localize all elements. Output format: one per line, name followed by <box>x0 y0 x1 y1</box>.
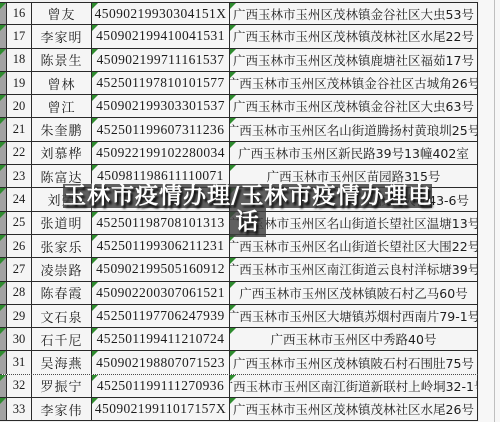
table-row: 19曾林452501197810101577广西玉林市玉州区茂林镇金谷社区古城角… <box>0 72 478 95</box>
table-row: 17李家明450902199410041531广西玉林市玉州区茂林镇茂林社区水尾… <box>0 25 478 48</box>
error-triangle-icon <box>230 3 236 9</box>
error-triangle-icon <box>230 165 236 171</box>
error-triangle-icon <box>0 375 6 381</box>
row-margin-strip <box>0 188 7 210</box>
address-cell[interactable]: 广西玉林市玉州区茂林镇茂林社区水尾26号 <box>230 398 478 420</box>
row-number-cell[interactable]: 26 <box>7 235 32 257</box>
id-number-cell[interactable]: 450902199505160912 <box>92 258 230 280</box>
name-cell[interactable]: 张家乐 <box>32 235 92 257</box>
address-cell[interactable]: 广西玉林市玉州区茂林镇金谷社区大虫53号 <box>230 3 478 24</box>
id-number-cell[interactable] <box>92 188 230 210</box>
name-cell[interactable]: 刘慕桦 <box>32 142 92 164</box>
row-margin-strip <box>0 258 7 280</box>
error-triangle-icon <box>230 375 236 381</box>
error-triangle-icon <box>230 235 236 241</box>
id-number-cell[interactable]: 450902198807071523 <box>92 351 230 373</box>
row-number-cell[interactable]: 30 <box>7 328 32 350</box>
table-row: 26张家乐452501199306211231广西玉林市玉州区名山街道长望社区大… <box>0 235 478 258</box>
address-cell[interactable]: 广西玉林市玉州区苗园路315号 <box>230 165 478 187</box>
row-number-cell[interactable]: 17 <box>7 25 32 47</box>
table-row: 30石千尼452501199411210724广西玉林市玉州区中秀路40号 <box>0 328 478 351</box>
error-triangle-icon <box>0 25 6 31</box>
error-triangle-icon <box>0 165 6 171</box>
table-row: 21朱奎鹏452501199607311236广西玉林市玉州区名山街道腾扬村黄琅… <box>0 118 478 141</box>
id-number-cell[interactable]: 452501198708101313 <box>92 212 230 234</box>
table-row: 22刘慕桦450922199102280034广西玉林市玉州区新民路39号13幢… <box>0 142 478 165</box>
error-triangle-icon <box>0 258 6 264</box>
address-cell[interactable]: 广西玉林市玉州区大塘镇苏烟村西南片79-1号 <box>230 305 478 327</box>
error-triangle-icon <box>92 118 98 124</box>
id-number-cell[interactable]: 452501199607311236 <box>92 118 230 140</box>
id-number-cell[interactable]: 452501199306211231 <box>92 235 230 257</box>
address-cell[interactable]: 广西玉林市玉州区茂林镇陂石村乙马60号 <box>230 282 478 304</box>
row-margin-strip <box>0 375 7 397</box>
error-triangle-icon <box>230 258 236 264</box>
name-cell[interactable]: 张道明 <box>32 212 92 234</box>
error-triangle-icon <box>0 235 6 241</box>
name-cell[interactable]: 陈春霞 <box>32 282 92 304</box>
address-cell[interactable]: 广西玉林市玉州区茂林镇陂石村石围肚75号 <box>230 351 478 373</box>
spreadsheet-table: 16曾友45090219930304151X广西玉林市玉州区茂林镇金谷社区大虫5… <box>0 2 478 421</box>
error-triangle-icon <box>230 398 236 404</box>
error-triangle-icon <box>0 212 6 218</box>
name-cell[interactable]: 陈景生 <box>32 49 92 71</box>
error-triangle-icon <box>230 118 236 124</box>
row-margin-strip <box>0 305 7 327</box>
table-row: 16曾友45090219930304151X广西玉林市玉州区茂林镇金谷社区大虫5… <box>0 2 478 25</box>
row-number-cell[interactable]: 33 <box>7 398 32 420</box>
error-triangle-icon <box>230 328 236 334</box>
row-number-cell[interactable]: 25 <box>7 212 32 234</box>
row-margin-strip <box>0 165 7 187</box>
table-row: 27凌崇路450902199505160912广西玉林市玉州区南江街道云良村洋标… <box>0 258 478 281</box>
error-triangle-icon <box>230 95 236 101</box>
id-number-cell[interactable]: 452501199111270936 <box>92 375 230 397</box>
name-cell[interactable]: 朱奎鹏 <box>32 118 92 140</box>
error-triangle-icon <box>0 398 6 404</box>
row-number-cell[interactable]: 22 <box>7 142 32 164</box>
error-triangle-icon <box>92 72 98 78</box>
address-cell[interactable]: 广西玉林市玉州区新民路39号13幢402室 <box>230 142 478 164</box>
table-row: 18陈景生450902199711161537广西玉林市玉州区茂林镇鹿塘社区福茹… <box>0 49 478 72</box>
row-number-cell[interactable]: 16 <box>7 3 32 24</box>
row-number-cell[interactable]: 32 <box>7 375 32 397</box>
row-number-cell[interactable]: 31 <box>7 351 32 373</box>
table-row: 33李家伟45090219911017157X广西玉林市玉州区茂林镇茂林社区水尾… <box>0 398 478 421</box>
address-cell[interactable]: 广西玉林市玉州区茂林镇金谷社区大虫63号 <box>230 95 478 117</box>
address-cell[interactable]: 广西玉林市玉州区中秀路40号 <box>230 328 478 350</box>
row-margin-strip <box>0 95 7 117</box>
table-row: 32罗振宁452501199111270936广西玉林市玉州区南江街道新联村上岭… <box>0 375 478 398</box>
address-cell[interactable]: 广西玉林市玉州区茂林镇茂林社区水尾22号 <box>230 25 478 47</box>
error-triangle-icon <box>92 282 98 288</box>
right-gutter <box>479 0 500 422</box>
address-cell[interactable]: 广西玉林市玉州区名山街道长望社区温塘13号 <box>230 212 478 234</box>
row-margin-strip <box>0 3 7 24</box>
gutter-gridline <box>494 0 495 422</box>
row-margin-strip <box>0 25 7 47</box>
row-number-cell[interactable]: 18 <box>7 49 32 71</box>
name-cell[interactable]: 刘荣 <box>32 188 92 210</box>
error-triangle-icon <box>0 49 6 55</box>
row-margin-strip <box>0 351 7 373</box>
name-cell[interactable]: 石千尼 <box>32 328 92 350</box>
error-triangle-icon <box>0 142 6 148</box>
row-margin-strip <box>0 398 7 420</box>
address-cell[interactable]: 汉村大社43-6号 <box>230 188 478 210</box>
error-triangle-icon <box>0 3 6 9</box>
id-number-cell[interactable]: 45090219930304151X <box>92 3 230 24</box>
row-margin-strip <box>0 212 7 234</box>
name-cell[interactable]: 陈富达 <box>32 165 92 187</box>
id-number-cell[interactable]: 452501197810101577 <box>92 72 230 94</box>
error-triangle-icon <box>0 118 6 124</box>
address-cell[interactable]: 广西玉林市玉州区名山街道长望社区大围22号 <box>230 235 478 257</box>
error-triangle-icon <box>0 282 6 288</box>
error-triangle-icon <box>230 212 236 218</box>
error-triangle-icon <box>230 25 236 31</box>
id-number-cell[interactable]: 450902199711161537 <box>92 49 230 71</box>
error-triangle-icon <box>0 328 6 334</box>
row-margin-strip <box>0 49 7 71</box>
error-triangle-icon <box>230 72 236 78</box>
name-cell[interactable]: 文石泉 <box>32 305 92 327</box>
table-row: 20曾江450902199303301537广西玉林市玉州区茂林镇金谷社区大虫6… <box>0 95 478 118</box>
name-cell[interactable]: 李家伟 <box>32 398 92 420</box>
name-cell[interactable]: 曾江 <box>32 95 92 117</box>
error-triangle-icon <box>0 351 6 357</box>
error-triangle-icon <box>230 188 236 194</box>
error-triangle-icon <box>0 305 6 311</box>
row-margin-strip <box>0 118 7 140</box>
row-number-cell[interactable]: 28 <box>7 282 32 304</box>
row-margin-strip <box>0 142 7 164</box>
id-number-cell[interactable]: 450902200307061521 <box>92 282 230 304</box>
row-margin-strip <box>0 328 7 350</box>
row-margin-strip <box>0 282 7 304</box>
table-row: 24刘荣汉村大社43-6号 <box>0 188 478 211</box>
error-triangle-icon <box>92 351 98 357</box>
name-cell[interactable]: 曾林 <box>32 72 92 94</box>
id-number-cell[interactable]: 450922199102280034 <box>92 142 230 164</box>
name-cell[interactable]: 罗振宁 <box>32 375 92 397</box>
error-triangle-icon <box>92 49 98 55</box>
row-number-cell[interactable]: 24 <box>7 188 32 210</box>
error-triangle-icon <box>0 95 6 101</box>
row-number-cell[interactable]: 23 <box>7 165 32 187</box>
table-row: 31吴海燕450902198807071523广西玉林市玉州区茂林镇陂石村石围肚… <box>0 351 478 374</box>
error-triangle-icon <box>92 258 98 264</box>
row-margin-strip <box>0 72 7 94</box>
row-number-cell[interactable]: 21 <box>7 118 32 140</box>
error-triangle-icon <box>92 375 98 381</box>
error-triangle-icon <box>230 49 236 55</box>
id-number-cell[interactable]: 450902199303301537 <box>92 95 230 117</box>
address-cell[interactable]: 广西玉林市玉州区南江街道云良村洋标塘39号 <box>230 258 478 280</box>
error-triangle-icon <box>92 142 98 148</box>
error-triangle-icon <box>92 212 98 218</box>
name-cell[interactable]: 李家明 <box>32 25 92 47</box>
row-number-cell[interactable]: 19 <box>7 72 32 94</box>
row-number-cell[interactable]: 20 <box>7 95 32 117</box>
error-triangle-icon <box>92 3 98 9</box>
name-cell[interactable]: 凌崇路 <box>32 258 92 280</box>
error-triangle-icon <box>92 235 98 241</box>
address-cell[interactable]: 广西玉林市玉州区名山街道腾扬村黄琅圳25号 <box>230 118 478 140</box>
id-number-cell[interactable]: 450981198611110071 <box>92 165 230 187</box>
address-cell[interactable]: 广西玉林市玉州区南江街道新联村上岭垌32-1号 <box>230 375 478 397</box>
name-cell[interactable]: 曾友 <box>32 3 92 24</box>
id-number-cell[interactable]: 452501199411210724 <box>92 328 230 350</box>
error-triangle-icon <box>230 351 236 357</box>
address-cell[interactable]: 广西玉林市玉州区茂林镇鹿塘社区福茹17号 <box>230 49 478 71</box>
row-number-cell[interactable]: 27 <box>7 258 32 280</box>
error-triangle-icon <box>92 25 98 31</box>
error-triangle-icon <box>92 398 98 404</box>
table-row: 25张道明452501198708101313广西玉林市玉州区名山街道长望社区温… <box>0 212 478 235</box>
error-triangle-icon <box>92 165 98 171</box>
id-number-cell[interactable]: 45090219911017157X <box>92 398 230 420</box>
table-row: 23陈富达450981198611110071广西玉林市玉州区苗园路315号 <box>0 165 478 188</box>
error-triangle-icon <box>0 72 6 78</box>
row-number-cell[interactable]: 29 <box>7 305 32 327</box>
table-row: 29文石泉452501197706247939广西玉林市玉州区大塘镇苏烟村西南片… <box>0 305 478 328</box>
error-triangle-icon <box>0 188 6 194</box>
id-number-cell[interactable]: 450902199410041531 <box>92 25 230 47</box>
table-row: 28陈春霞450902200307061521广西玉林市玉州区茂林镇陂石村乙马6… <box>0 282 478 305</box>
error-triangle-icon <box>92 328 98 334</box>
address-cell[interactable]: 广西玉林市玉州区茂林镇金谷社区古城角26号 <box>230 72 478 94</box>
error-triangle-icon <box>92 188 98 194</box>
error-triangle-icon <box>230 142 236 148</box>
error-triangle-icon <box>230 305 236 311</box>
error-triangle-icon <box>92 95 98 101</box>
error-triangle-icon <box>230 282 236 288</box>
error-triangle-icon <box>92 305 98 311</box>
id-number-cell[interactable]: 452501197706247939 <box>92 305 230 327</box>
name-cell[interactable]: 吴海燕 <box>32 351 92 373</box>
row-margin-strip <box>0 235 7 257</box>
